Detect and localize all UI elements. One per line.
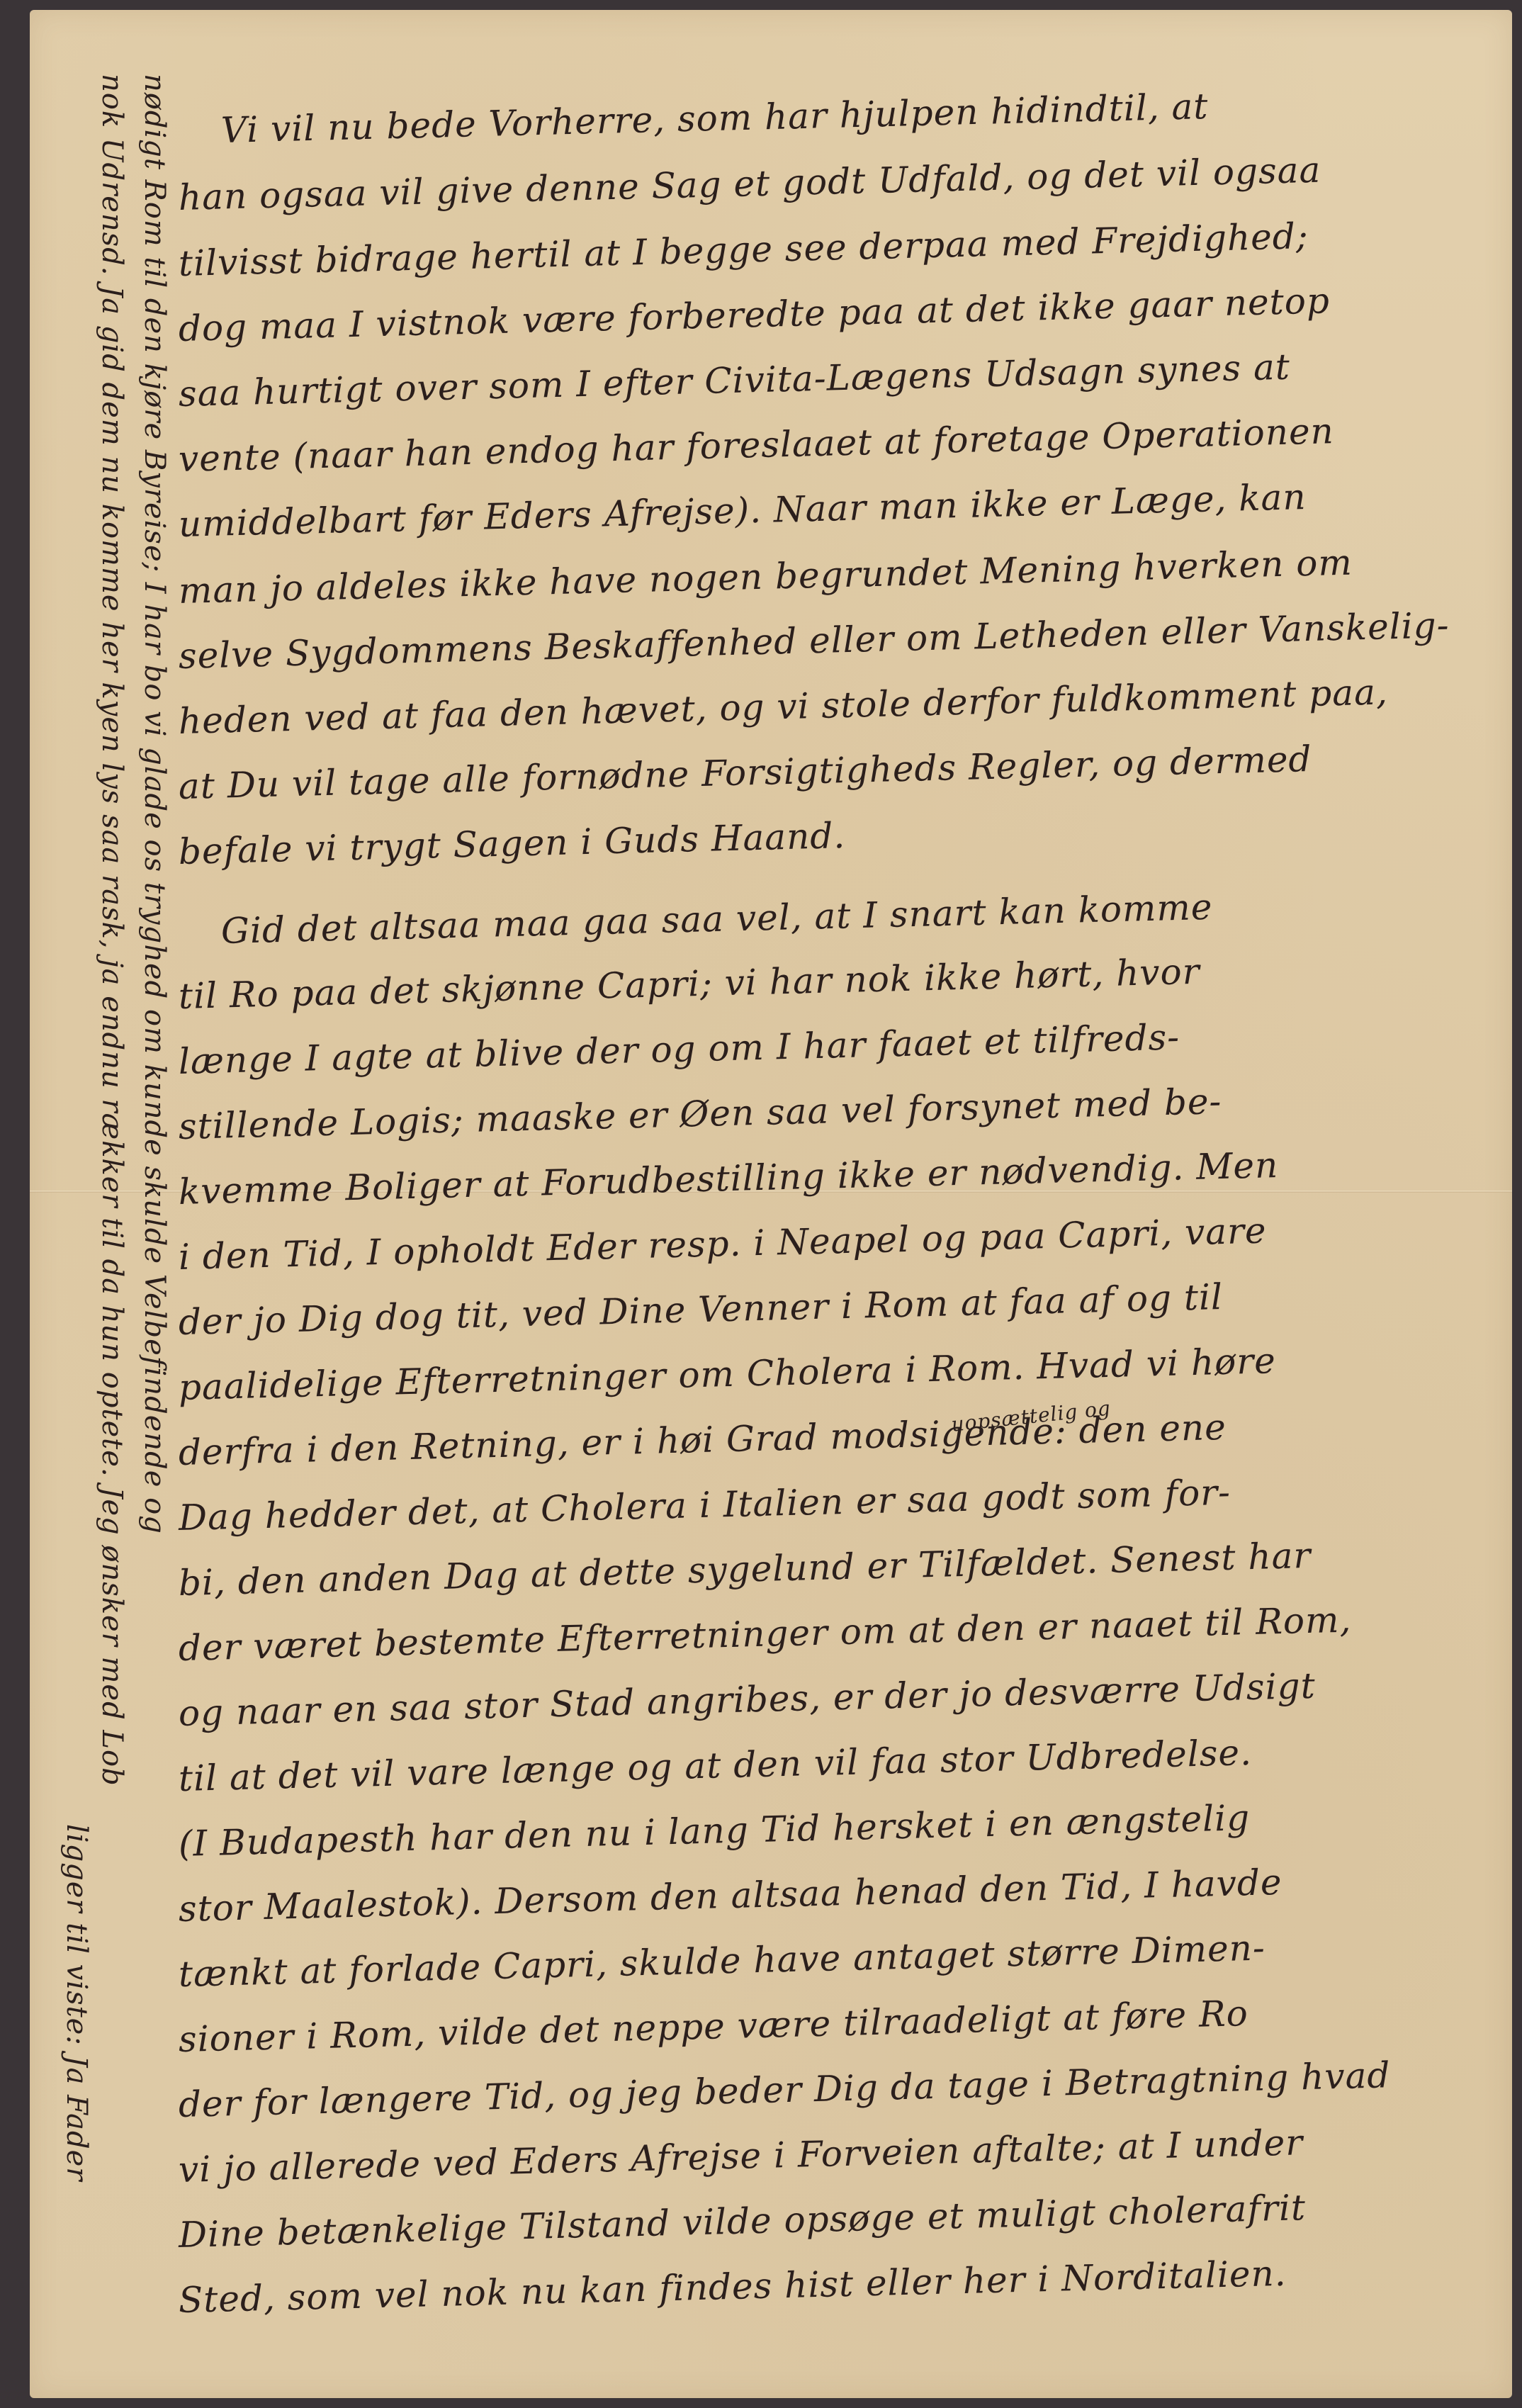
body-line: at Du vil tage alle fornødne Forsigtighe… [178, 738, 1312, 808]
body-line: der jo Dig dog tit, ved Dine Venner i Ro… [178, 1276, 1223, 1344]
body-line: stor Maalestok). Dersom den altsaa henad… [178, 1861, 1283, 1930]
body-line: tænkt at forlade Capri, skulde have anta… [178, 1927, 1265, 1996]
margin-note-line: nok Udrensd. Ja gid dem nu komme her kye… [95, 74, 129, 1787]
body-line: paalidelige Efterretninger om Cholera i … [178, 1339, 1276, 1409]
margin-note-line: ligger til viste: Ja Fader [60, 1824, 94, 2181]
body-line: Dine betænkelige Tilstand vilde opsøge e… [178, 2186, 1306, 2256]
body-line: der for længere Tid, og jeg beder Dig da… [178, 2054, 1391, 2126]
body-line: Vi vil nu bede Vorherre, som har hjulpen… [220, 85, 1209, 152]
body-line: i den Tid, I opholdt Eder resp. i Neapel… [178, 1209, 1267, 1278]
body-line: han ogsaa vil give denne Sag et godt Udf… [178, 149, 1321, 219]
body-line: sioner i Rom, vilde det neppe være tilra… [178, 1992, 1248, 2061]
body-line: befale vi trygt Sagen i Guds Haand. [178, 814, 846, 873]
body-line: umiddelbart før Eders Afrejse). Naar man… [178, 476, 1307, 546]
body-line: man jo aldeles ikke have nogen begrundet… [178, 541, 1353, 612]
body-line: dog maa I vistnok være forberedte paa at… [178, 279, 1330, 350]
body-line: bi, den anden Dag at dette sygelund er T… [178, 1534, 1312, 1604]
body-line: kvemme Boliger at Forudbestilling ikke e… [178, 1144, 1279, 1213]
body-line: selve Sygdommens Beskaffenhed eller om L… [178, 604, 1450, 677]
body-line: vente (naar han endog har foreslaaet at … [178, 410, 1334, 480]
body-line: Gid det altsaa maa gaa saa vel, at I sna… [220, 886, 1213, 952]
body-line: stillende Logis; maaske er Øen saa vel f… [178, 1080, 1222, 1148]
body-line: heden ved at faa den hævet, og vi stole … [178, 670, 1388, 743]
body-line: til at det vil vare længe og at den vil … [178, 1731, 1252, 1800]
body-line: til Ro paa det skjønne Capri; vi har nok… [178, 950, 1200, 1018]
body-line: Dag hedder det, at Cholera i Italien er … [178, 1471, 1231, 1539]
body-line: Sted, som vel nok nu kan findes hist ell… [178, 2252, 1287, 2322]
body-line: og naar en saa stor Stad angribes, er de… [178, 1665, 1316, 1735]
body-line: der været bestemte Efterretninger om at … [178, 1599, 1352, 1670]
letter-page: Vi vil nu bede Vorherre, som har hjulpen… [30, 10, 1512, 2398]
body-line: saa hurtigt over som I efter Civita-Læge… [178, 346, 1290, 415]
body-line: (I Budapesth har den nu i lang Tid hersk… [178, 1796, 1251, 1865]
body-line: vi jo allerede ved Eders Afrejse i Forve… [178, 2121, 1303, 2191]
margin-note-line: nødigt Rom til den kjøre Byreise; I har … [137, 74, 171, 1534]
body-line: tilvisst bidrage hertil at I begge see d… [178, 215, 1309, 285]
body-line: længe I agte at blive der og om I har fa… [178, 1015, 1180, 1083]
